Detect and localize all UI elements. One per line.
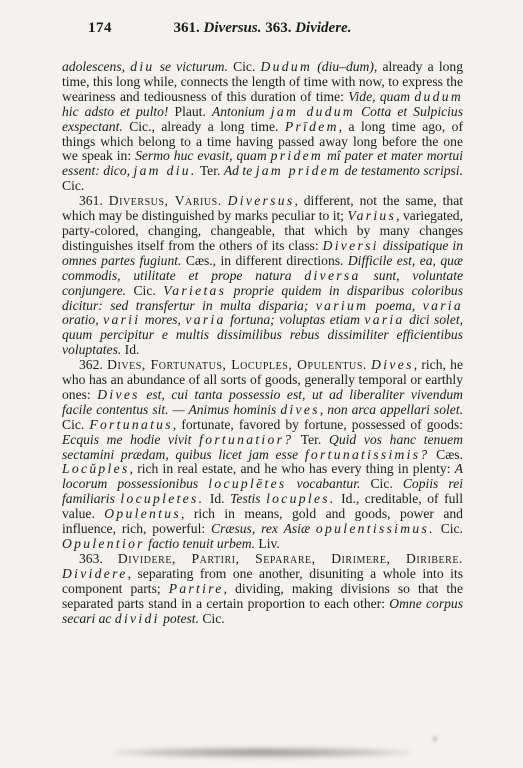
- text-segment: Dividere: [62, 566, 128, 581]
- text-segment: Testis: [230, 491, 266, 506]
- text-segment: poema,: [368, 298, 423, 313]
- text-segment: fortunatissimis?: [305, 447, 430, 462]
- text-segment: , rich in real estate, and he who has ev…: [130, 461, 455, 476]
- text-segment: Id.: [204, 491, 230, 506]
- page-body: adolescens, diu se victurum. Cic. Dudum …: [62, 60, 463, 626]
- text-segment: 363.: [79, 551, 118, 566]
- paragraph-dudum-continuation: adolescens, diu se victurum. Cic. Dudum …: [62, 60, 463, 194]
- text-segment: Antonium: [212, 104, 271, 119]
- text-segment: Dives, Fortunatus, Locuples, Opulentus.: [107, 357, 367, 372]
- text-segment: Diversus: [228, 193, 295, 208]
- text-segment: , fortunate, favored by fortune, possess…: [173, 417, 463, 432]
- paragraph-361-diversus-varius: 361. Diversus, Varius. Diversus, differe…: [62, 194, 463, 358]
- text-segment: Cræsus, rex Asiæ: [211, 521, 316, 536]
- text-segment: Cæs., in different directions.: [181, 253, 347, 268]
- text-segment: factio tenuit urbem.: [145, 536, 255, 551]
- text-segment: 361.: [174, 20, 204, 36]
- text-segment: Ad te: [224, 163, 256, 178]
- text-segment: (diu–dum),: [312, 59, 377, 74]
- text-segment: Cic.: [199, 611, 225, 626]
- text-segment: 362.: [79, 357, 107, 372]
- text-segment: 361.: [79, 193, 109, 208]
- text-segment: Diversus.: [204, 20, 262, 36]
- text-segment: Cæs.: [429, 447, 463, 462]
- text-segment: Varius: [348, 208, 397, 223]
- text-segment: Prīdem: [285, 119, 339, 134]
- text-segment: diversa: [304, 268, 360, 283]
- text-segment: varii: [103, 312, 140, 327]
- scan-speck-artifact: [432, 736, 438, 742]
- text-segment: se victurum.: [155, 59, 228, 74]
- text-segment: Opulentior: [62, 536, 145, 551]
- text-segment: Dividere.: [295, 20, 351, 36]
- text-segment: Vide, quam: [348, 89, 414, 104]
- text-segment: Ecquis me hodie vivit: [62, 432, 199, 447]
- text-segment: varia: [364, 312, 404, 327]
- text-segment: opulentissimus.: [316, 521, 435, 536]
- text-block: 174 361. Diversus. 363. Dividere. adoles…: [62, 20, 463, 626]
- text-segment: varia: [185, 312, 225, 327]
- text-segment: Cic., already a long time.: [123, 119, 285, 134]
- paragraph-363-dividere: 363. Dividere, Partiri, Separare, Dirime…: [62, 552, 463, 627]
- text-segment: Id.: [121, 342, 139, 357]
- text-segment: Sermo huc evasit, quam: [135, 148, 271, 163]
- text-segment: de testamento scripsi.: [341, 163, 463, 178]
- text-segment: , non arca appellari solet.: [320, 402, 463, 417]
- text-segment: Fortunatus: [89, 417, 173, 432]
- paragraph-362-dives: 362. Dives, Fortunatus, Locuples, Opulen…: [62, 358, 463, 552]
- text-segment: Ter.: [197, 163, 224, 178]
- text-segment: Ter.: [293, 432, 329, 447]
- text-segment: dives: [280, 402, 320, 417]
- text-segment: Dividere, Partiri, Separare, Dirimere, D…: [118, 551, 463, 566]
- text-segment: Dives: [371, 357, 414, 372]
- text-segment: adolescens,: [62, 59, 130, 74]
- text-segment: diu: [130, 59, 154, 74]
- text-segment: Opulentus: [104, 506, 181, 521]
- text-segment: jam pridem: [256, 163, 342, 178]
- text-segment: locuples.: [266, 491, 336, 506]
- text-segment: Cic.: [360, 476, 402, 491]
- text-segment: pridem: [271, 148, 323, 163]
- text-segment: Dives: [97, 387, 140, 402]
- text-segment: fortuna; voluptas etiam: [226, 312, 365, 327]
- text-segment: dudum: [414, 89, 463, 104]
- text-segment: Cic.: [62, 417, 89, 432]
- text-segment: Diversi: [323, 238, 379, 253]
- text-segment: Dudum: [261, 59, 313, 74]
- text-segment: hic adsto et pulto!: [62, 104, 168, 119]
- text-segment: Varietas: [163, 283, 226, 298]
- text-segment: dividi: [115, 611, 160, 626]
- text-segment: Locŭples: [62, 461, 130, 476]
- text-segment: oratio,: [62, 312, 103, 327]
- running-title: 361. Diversus. 363. Dividere.: [62, 20, 463, 37]
- text-segment: locuplētes: [208, 476, 286, 491]
- text-segment: Cic.: [435, 521, 463, 536]
- text-segment: vocabantur.: [287, 476, 361, 491]
- text-segment: Diversus, Varius.: [109, 193, 222, 208]
- text-segment: 363.: [261, 20, 295, 36]
- text-segment: Cic.: [62, 178, 84, 193]
- text-segment: Cic.: [228, 59, 261, 74]
- text-segment: jam dudum: [271, 104, 355, 119]
- text-segment: locupletes.: [120, 491, 204, 506]
- text-segment: Cic.: [126, 283, 163, 298]
- text-segment: varium: [316, 298, 368, 313]
- text-segment: varia: [423, 298, 463, 313]
- text-segment: Partire: [169, 581, 224, 596]
- text-segment: Plaut.: [168, 104, 211, 119]
- book-page-scan: 174 361. Diversus. 363. Dividere. adoles…: [0, 0, 523, 768]
- text-segment: Liv.: [255, 536, 280, 551]
- page-header: 174 361. Diversus. 363. Dividere.: [62, 20, 463, 42]
- text-segment: jam diu.: [133, 163, 196, 178]
- text-segment: mores,: [140, 312, 185, 327]
- scan-smudge-artifact: [113, 747, 410, 758]
- text-segment: potest.: [160, 611, 199, 626]
- text-segment: fortunatior?: [199, 432, 293, 447]
